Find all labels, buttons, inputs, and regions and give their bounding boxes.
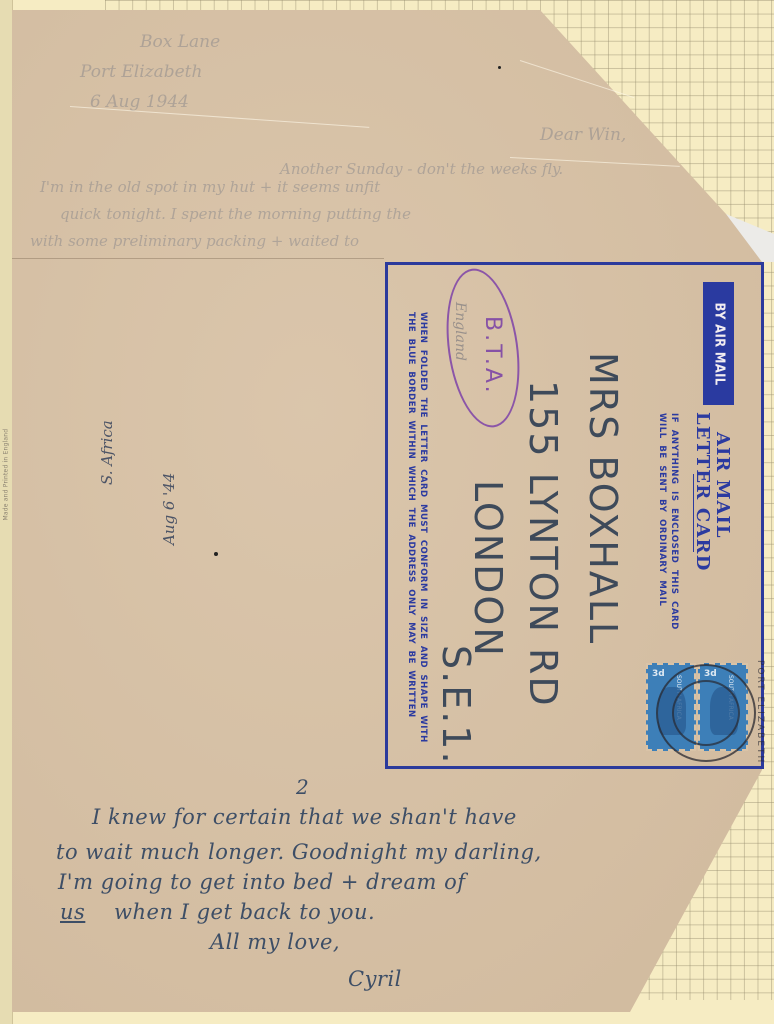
letter-line-rest: when I get back to you.	[114, 900, 375, 924]
address-line-city: LONDON	[466, 480, 510, 658]
underlined-word: us	[60, 900, 85, 924]
mount-margin-strip: Made and Printed in England	[0, 0, 13, 1024]
ghost-heading: 6 Aug 1944	[90, 92, 189, 112]
letter-line: I knew for certain that we shan't have	[92, 805, 517, 829]
letter-line: I'm going to get into bed + dream of	[58, 870, 466, 894]
letter-signature: Cyril	[348, 967, 402, 991]
ghost-heading: Box Lane	[140, 32, 220, 52]
letter-line: to wait much longer. Goodnight my darlin…	[56, 840, 542, 864]
enclosure-notice: IF ANYTHING IS ENCLOSED THIS CARD	[669, 413, 679, 630]
title-rule	[693, 474, 694, 552]
ghost-heading: Port Elizabeth	[80, 62, 202, 82]
postmark-inner-circle-icon	[672, 680, 740, 746]
address-line-name: MRS BOXHALL	[581, 352, 625, 645]
folding-notice: THE BLUE BORDER WITHIN WHICH THE ADDRESS…	[406, 312, 416, 718]
pencil-note-england: England	[452, 302, 468, 361]
margin-note-date: Aug 6 '44	[160, 473, 178, 545]
ghost-line: Another Sunday - don't the weeks fly.	[280, 160, 563, 178]
by-air-mail-label: BY AIR MAIL	[703, 282, 734, 405]
card-title-air-mail: AIR MAIL	[712, 432, 733, 539]
ink-dot	[214, 552, 218, 556]
address-line-street: 155 LYNTON RD	[521, 380, 565, 708]
stamp-value: 3d	[652, 669, 665, 679]
address-line-postcode: S.E.1.	[434, 645, 478, 766]
bta-cachet-text: B.T.A.	[480, 316, 505, 396]
letter-line: us when I get back to you.	[60, 900, 375, 924]
ghost-line: I'm in the old spot in my hut + it seems…	[40, 178, 380, 196]
card-title-letter-card: LETTER CARD	[692, 412, 713, 572]
ghost-heading: Dear Win,	[540, 125, 626, 145]
ghost-line: quick tonight. I spent the morning putti…	[60, 205, 411, 223]
letter-closing: All my love,	[210, 930, 340, 954]
postmark-text: PORT ELIZABETH	[755, 660, 765, 764]
page-number: 2	[296, 775, 309, 799]
margin-note-origin: S. Africa	[98, 420, 116, 485]
folding-notice: WHEN FOLDED THE LETTER CARD MUST CONFORM…	[418, 312, 428, 743]
mount-imprint: Made and Printed in England	[3, 417, 10, 521]
ghost-line: with some preliminary packing + waited t…	[30, 232, 359, 250]
by-air-mail-text: BY AIR MAIL	[711, 302, 726, 385]
fold-line	[12, 258, 384, 259]
enclosure-notice: WILL BE SENT BY ORDINARY MAIL	[657, 413, 667, 606]
ink-dot	[498, 66, 501, 69]
